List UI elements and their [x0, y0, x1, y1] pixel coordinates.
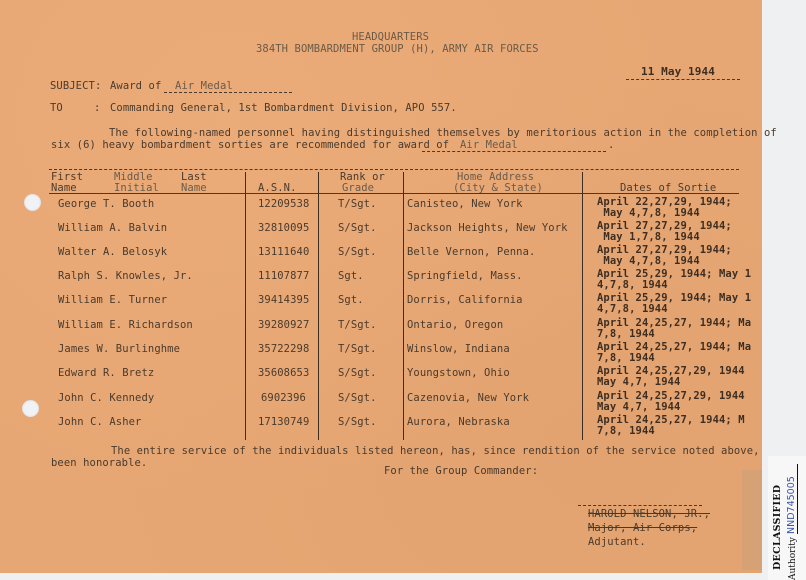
row-dates-2: 7,8, 1944 — [597, 328, 655, 340]
row-asn: 35608653 — [258, 367, 309, 379]
header-address-2: (City & State) — [453, 182, 543, 194]
stamp-authority-label: Authority — [788, 537, 798, 580]
subject-underline — [164, 92, 292, 93]
signature-rank: Major, Air Corps, — [588, 522, 697, 534]
row-name: George T. Booth — [58, 198, 154, 210]
table-top-rule — [49, 169, 739, 170]
row-name: William A. Balvin — [58, 222, 167, 234]
header-dates: Dates of Sortie — [620, 182, 716, 194]
row-name: William E. Turner — [58, 294, 167, 306]
row-name: Edward R. Bretz — [58, 367, 154, 379]
row-asn: 6902396 — [261, 392, 306, 404]
punch-hole-top — [24, 194, 41, 211]
row-asn: 35722298 — [258, 343, 309, 355]
row-rank: T/Sgt. — [338, 198, 377, 210]
row-address: Winslow, Indiana — [407, 343, 510, 355]
subject-text: Award of — [110, 80, 161, 92]
to-colon: : — [94, 102, 100, 114]
declassified-stamp: DECLASSIFIED Authority NND745005 — [768, 456, 806, 580]
stamp-title: DECLASSIFIED — [772, 485, 783, 570]
row-rank: T/Sgt. — [338, 319, 377, 331]
date-underline — [626, 79, 740, 80]
intro-line-2-prefix: six (6) heavy bombardment sorties are re… — [51, 139, 449, 151]
tape-strip — [742, 470, 762, 570]
row-dates-2: 7,8, 1944 — [597, 425, 655, 437]
row-name: Ralph S. Knowles, Jr. — [58, 270, 193, 282]
row-rank: S/Sgt. — [338, 392, 377, 404]
row-asn: 12209538 — [258, 198, 309, 210]
signature-rule — [578, 505, 702, 506]
row-address: Dorris, California — [407, 294, 523, 306]
subject-value: Air Medal — [175, 80, 233, 92]
table-divider-rank — [318, 172, 319, 440]
row-name: William E. Richardson — [58, 319, 193, 331]
letterhead-line-1: HEADQUARTERS — [352, 31, 429, 43]
row-address: Youngstown, Ohio — [407, 367, 510, 379]
row-rank: S/Sgt. — [338, 222, 377, 234]
row-dates-2: May 4,7,8, 1944 — [597, 255, 700, 267]
row-name: John C. Asher — [58, 416, 141, 428]
row-rank: Sgt. — [338, 294, 364, 306]
row-name: James W. Burlinghme — [58, 343, 180, 355]
row-asn: 32810095 — [258, 222, 309, 234]
row-dates-2: May 4,7, 1944 — [597, 376, 680, 388]
row-address: Cazenovia, New York — [407, 392, 529, 404]
table-divider-dates — [582, 172, 583, 440]
table-divider-asn — [245, 172, 246, 440]
header-first-name-2: Name — [51, 182, 77, 194]
row-rank: S/Sgt. — [338, 416, 377, 428]
row-address: Belle Vernon, Penna. — [407, 246, 535, 258]
row-dates-2: May 4,7,8, 1944 — [597, 207, 700, 219]
row-rank: S/Sgt. — [338, 367, 377, 379]
row-dates-2: 4,7,8, 1944 — [597, 279, 668, 291]
header-last-name-2: Name — [181, 182, 207, 194]
signature-name: HAROLD NELSON, JR., — [588, 508, 710, 520]
intro-award: Air Medal — [460, 139, 518, 151]
subject-label: SUBJECT: — [50, 80, 101, 92]
to-label: TO — [50, 102, 63, 114]
closing-line-2: been honorable. — [51, 457, 147, 469]
for-group-commander: For the Group Commander: — [384, 465, 538, 477]
row-address: Ontario, Oregon — [407, 319, 503, 331]
row-dates-2: May 1,7,8, 1944 — [597, 231, 700, 243]
row-address: Canisteo, New York — [407, 198, 523, 210]
row-address: Jackson Heights, New York — [407, 222, 568, 234]
row-name: Walter A. Belosyk — [58, 246, 167, 258]
signature-title: Adjutant. — [588, 536, 646, 548]
header-asn: A.S.N. — [258, 182, 297, 194]
intro-line-2-suffix: . — [608, 139, 614, 151]
table-divider-address — [403, 172, 404, 440]
header-rank-2: Grade — [342, 182, 374, 194]
row-rank: T/Sgt. — [338, 343, 377, 355]
letterhead-line-2: 384TH BOMBARDMENT GROUP (H), ARMY AIR FO… — [256, 43, 539, 55]
row-rank: S/Sgt. — [338, 246, 377, 258]
document-date: 11 May 1944 — [641, 66, 715, 78]
closing-line-1: The entire service of the individuals li… — [111, 445, 760, 457]
intro-award-underline — [422, 151, 606, 152]
row-asn: 13111640 — [258, 246, 309, 258]
row-dates-2: 7,8, 1944 — [597, 352, 655, 364]
row-dates-2: 4,7,8, 1944 — [597, 303, 668, 315]
row-address: Aurora, Nebraska — [407, 416, 510, 428]
row-dates-2: May 4,7, 1944 — [597, 401, 680, 413]
row-asn: 11107877 — [258, 270, 309, 282]
to-text: Commanding General, 1st Bombardment Divi… — [110, 102, 457, 114]
row-asn: 39414395 — [258, 294, 309, 306]
stamp-authority-value: NND745005 — [786, 464, 798, 534]
row-name: John C. Kennedy — [58, 392, 154, 404]
punch-hole-bottom — [22, 400, 39, 417]
row-asn: 17130749 — [258, 416, 309, 428]
header-middle-initial-2: Initial — [114, 182, 159, 194]
row-address: Springfield, Mass. — [407, 270, 523, 282]
row-asn: 39280927 — [258, 319, 309, 331]
document-page: HEADQUARTERS 384TH BOMBARDMENT GROUP (H)… — [0, 0, 762, 573]
row-rank: Sgt. — [338, 270, 364, 282]
intro-line-1: The following-named personnel having dis… — [109, 127, 777, 139]
